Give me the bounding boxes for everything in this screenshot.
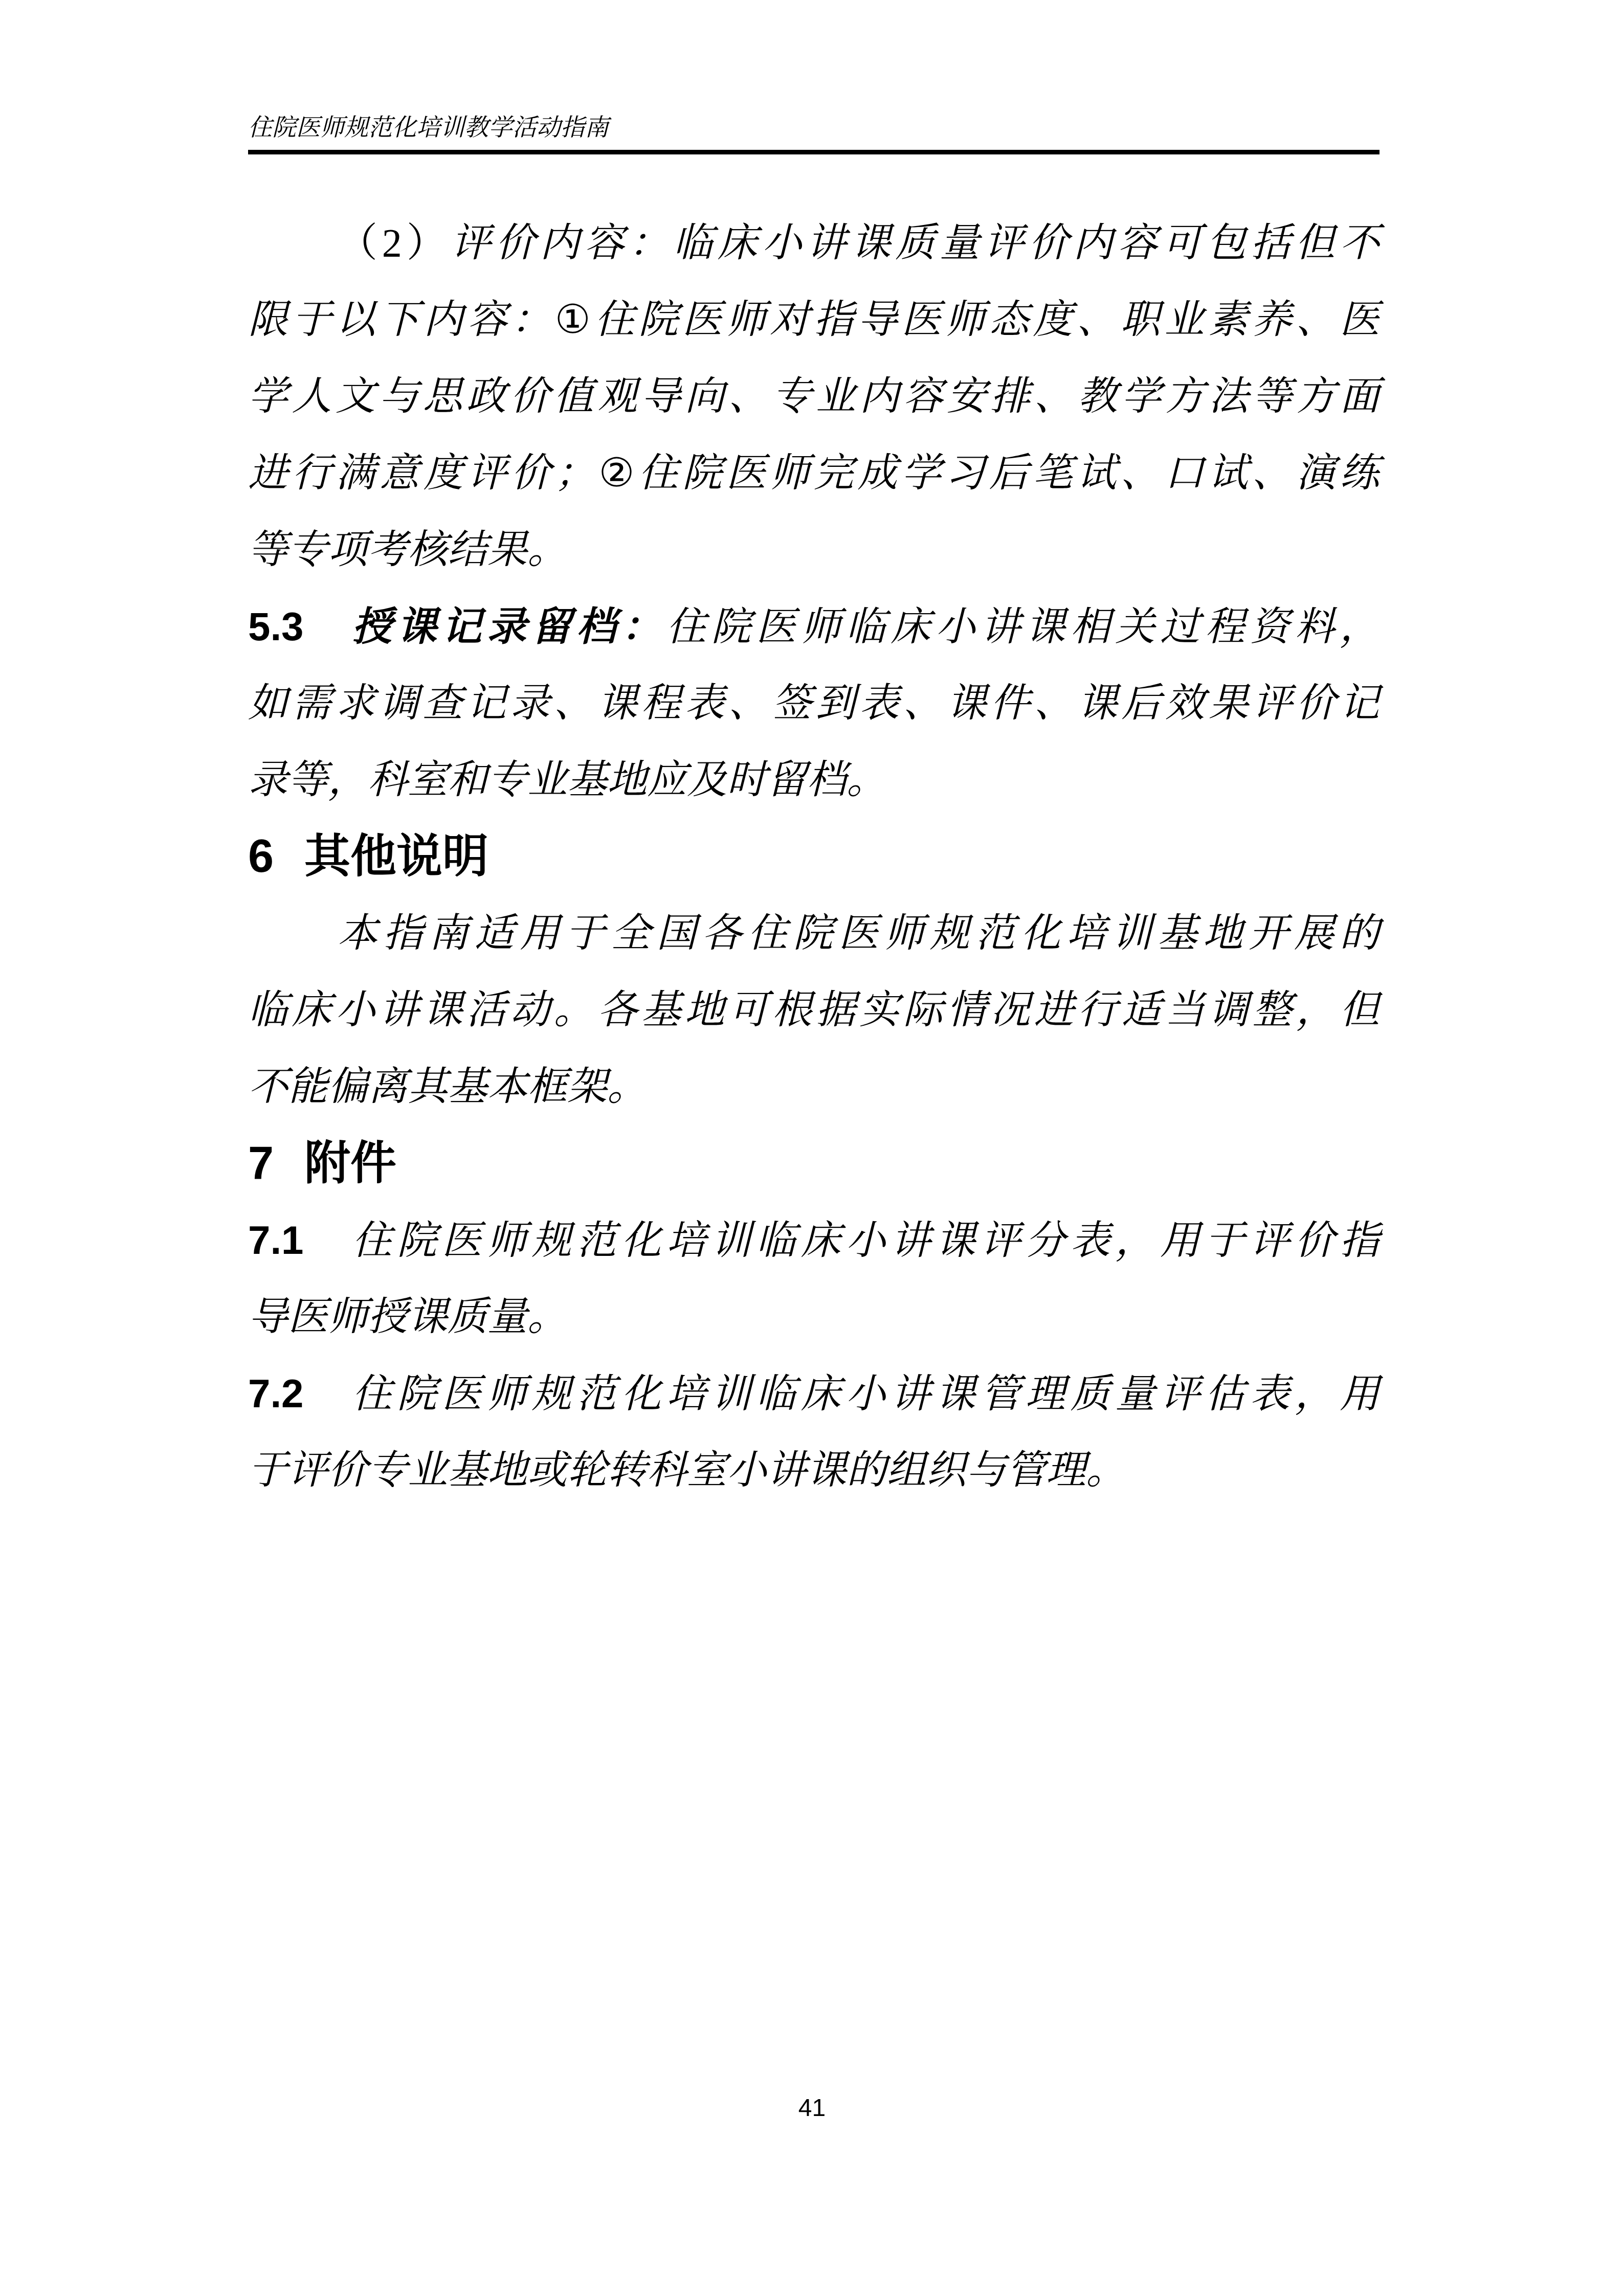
para-6-line-1: 本指南适用于全国各住院医师规范化培训基地开展的 — [248, 895, 1380, 972]
text-segment: 7.1 — [248, 1218, 303, 1263]
text-segment: 住院医师对指导医师态度、职业素养、医 — [594, 297, 1380, 342]
para-eval-content-line-5: 等专项考核结果。 — [248, 511, 1380, 588]
text-segment: （2） — [338, 220, 451, 265]
text-segment: 住院医师完成学习后笔试、口试、演练 — [638, 451, 1380, 495]
text-segment: 授课记录留档： — [347, 604, 666, 649]
section-7-1-line-1: 7.1住院医师规范化培训临床小讲课评分表，用于评价指 — [248, 1202, 1380, 1278]
text-segment: 录等，科室和专业基地应及时留档。 — [248, 757, 886, 802]
text-segment: 住院医师临床小讲课相关过程资料， — [666, 604, 1380, 649]
text-segment: 临床小讲课活动。各基地可根据实际情况进行适当调整，但 — [248, 987, 1380, 1032]
text-segment: 5.3 — [248, 604, 303, 649]
text-segment: 住院医师规范化培训临床小讲课评分表，用于评价指 — [347, 1218, 1380, 1263]
text-segment: 本指南适用于全国各住院医师规范化培训基地开展的 — [338, 911, 1380, 955]
para-eval-content-line-1: （2）评价内容：临床小讲课质量评价内容可包括但不 — [248, 205, 1380, 281]
text-segment: 评价内容：临床小讲课质量评价内容可包括但不 — [451, 220, 1380, 265]
document-body: （2）评价内容：临床小讲课质量评价内容可包括但不限于以下内容：①住院医师对指导医… — [248, 205, 1380, 1509]
heading-7: 7附件 — [248, 1125, 1380, 1202]
para-6-line-2: 临床小讲课活动。各基地可根据实际情况进行适当调整，但 — [248, 972, 1380, 1048]
text-segment: 住院医师规范化培训临床小讲课管理质量评估表，用 — [347, 1371, 1380, 1416]
text-segment: 其他说明 — [304, 831, 488, 882]
text-segment: ② — [595, 451, 638, 495]
text-segment: 等专项考核结果。 — [248, 527, 567, 572]
section-5-3-line-1: 5.3授课记录留档：住院医师临床小讲课相关过程资料， — [248, 588, 1380, 665]
text-segment: 学人文与思政价值观导向、专业内容安排、教学方法等方面 — [248, 374, 1380, 418]
section-7-1-line-2: 导医师授课质量。 — [248, 1278, 1380, 1355]
text-segment: 限于以下内容： — [248, 297, 555, 342]
heading-6: 6其他说明 — [248, 818, 1380, 895]
text-segment: 6 — [248, 831, 274, 882]
text-segment: 不能偏离其基本框架。 — [248, 1064, 647, 1109]
para-eval-content-line-2: 限于以下内容：①住院医师对指导医师态度、职业素养、医 — [248, 281, 1380, 358]
text-segment: 附件 — [304, 1138, 396, 1189]
text-segment: ① — [555, 297, 595, 342]
text-segment: 于评价专业基地或轮转科室小讲课的组织与管理。 — [248, 1448, 1126, 1492]
section-5-3-line-3: 录等，科室和专业基地应及时留档。 — [248, 741, 1380, 818]
para-eval-content-line-4: 进行满意度评价；②住院医师完成学习后笔试、口试、演练 — [248, 435, 1380, 511]
para-6-line-3: 不能偏离其基本框架。 — [248, 1048, 1380, 1125]
page-number: 41 — [0, 2094, 1624, 2122]
text-segment: 如需求调查记录、课程表、签到表、课件、课后效果评价记 — [248, 681, 1380, 725]
document-page: 住院医师规范化培训教学活动指南 （2）评价内容：临床小讲课质量评价内容可包括但不… — [0, 0, 1624, 2296]
running-header-title: 住院医师规范化培训教学活动指南 — [248, 108, 1380, 147]
text-segment: 7 — [248, 1138, 274, 1189]
section-7-2-line-1: 7.2住院医师规范化培训临床小讲课管理质量评估表，用 — [248, 1355, 1380, 1432]
text-segment: 导医师授课质量。 — [248, 1294, 567, 1339]
section-5-3-line-2: 如需求调查记录、课程表、签到表、课件、课后效果评价记 — [248, 665, 1380, 741]
header-rule — [248, 150, 1380, 154]
text-segment: 进行满意度评价； — [248, 451, 595, 495]
text-segment: 7.2 — [248, 1371, 303, 1416]
section-7-2-line-2: 于评价专业基地或轮转科室小讲课的组织与管理。 — [248, 1432, 1380, 1509]
para-eval-content-line-3: 学人文与思政价值观导向、专业内容安排、教学方法等方面 — [248, 358, 1380, 435]
